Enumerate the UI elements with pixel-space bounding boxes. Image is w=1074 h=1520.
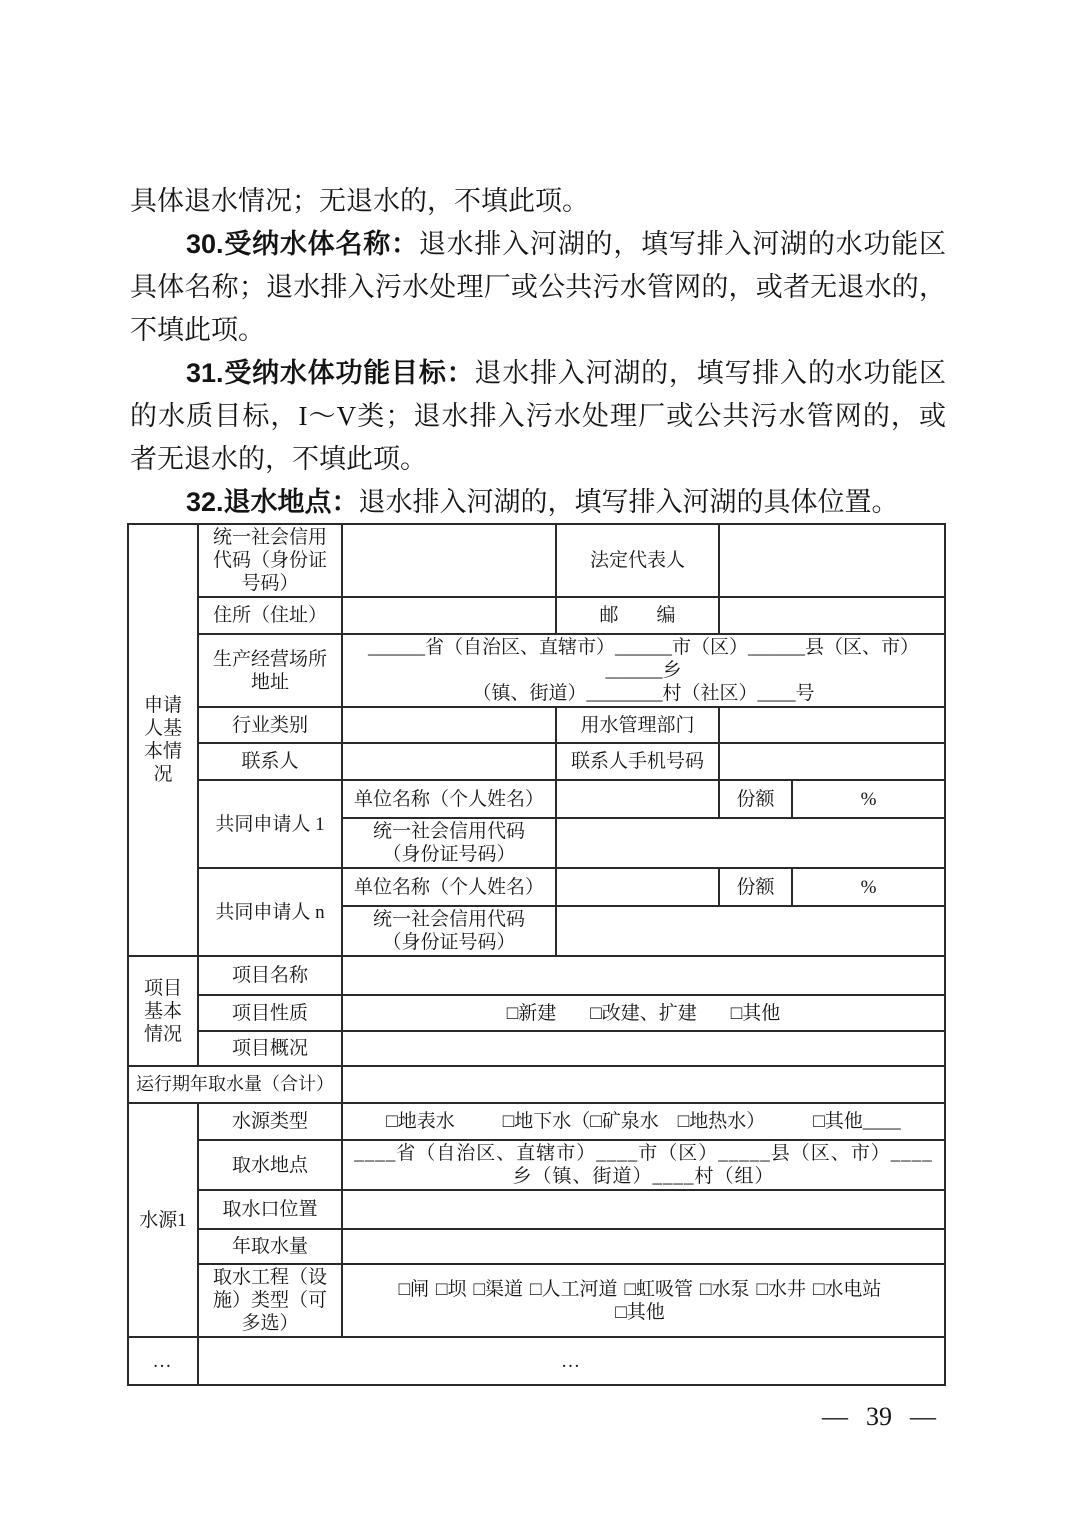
- co-applicant-n-share-percent: %: [792, 868, 945, 906]
- contact-person-value-cell: [342, 743, 556, 780]
- residence-label: 住所（住址）: [198, 597, 342, 634]
- intro-line-4: 不填此项。: [130, 309, 946, 352]
- instructions-text: 具体退水情况；无退水的，不填此项。 30.受纳水体名称：退水排入河湖的，填写排入…: [130, 180, 946, 524]
- section-label-applicant: 申请 人基 本情 况: [128, 524, 198, 956]
- contact-phone-label: 联系人手机号码: [556, 743, 719, 780]
- ellipsis-section-label: …: [128, 1337, 198, 1385]
- residence-value-cell: [342, 597, 556, 634]
- source-type-options: □地表水□地下水（□矿泉水 □地热水）□其他____: [342, 1103, 945, 1140]
- annual-intake-total-value-cell: [342, 1066, 945, 1103]
- intro-line-1-text: 具体退水情况；无退水的，不填此项。: [130, 186, 589, 216]
- application-form-table: 申请 人基 本情 况 统一社会信用 代码（身份证 号码） 法定代表人 住所（住址…: [127, 523, 946, 1386]
- industry-value-cell: [342, 707, 556, 743]
- checkbox-rebuild-expand: □改建、扩建: [590, 1003, 696, 1024]
- section-label-water-source-1: 水源1: [128, 1103, 198, 1337]
- credit-code-value-cell: [342, 524, 556, 597]
- checkbox-new-construction: □新建: [507, 1003, 556, 1024]
- co-applicant-1-code-value-cell: [556, 818, 945, 868]
- intro-line-5-text: 退水排入河湖的，填写排入的水功能区: [474, 358, 946, 388]
- intro-line-3-text: 具体名称；退水排入污水处理厂或公共污水管网的，或者无退水的，: [130, 272, 946, 302]
- checkbox-gate: □闸: [399, 1279, 429, 1300]
- project-nature-options: □新建□改建、扩建□其他: [342, 995, 945, 1031]
- co-applicant-1-share-label: 份额: [719, 780, 792, 818]
- ellipsis-row-value: …: [198, 1337, 945, 1385]
- intro-line-6: 的水质目标，I～V类；退水排入污水处理厂或公共污水管网的，或: [130, 395, 946, 438]
- intro-line-7-text: 者无退水的，不填此项。: [130, 444, 427, 474]
- co-applicant-1-name-label: 单位名称（个人姓名）: [342, 780, 556, 818]
- intro-line-8-text: 退水排入河湖的，填写排入河湖的具体位置。: [359, 487, 899, 517]
- co-applicant-n-label: 共同申请人 n: [198, 868, 342, 956]
- project-name-value-cell: [342, 956, 945, 995]
- intake-works-options-line-1: □闸□坝□渠道□人工河道□虹吸管□水泵□水井□水电站: [349, 1278, 938, 1301]
- intro-line-5: 31.受纳水体功能目标：退水排入河湖的，填写排入的水功能区: [130, 352, 946, 395]
- page-number-dash-left: —: [822, 1402, 848, 1431]
- water-admin-dept-label: 用水管理部门: [556, 707, 719, 743]
- checkbox-channel: □渠道: [474, 1279, 523, 1300]
- co-applicant-n-code-label: 统一社会信用代码 （身份证号码）: [342, 906, 556, 956]
- co-applicant-1-share-percent: %: [792, 780, 945, 818]
- intake-works-options: □闸□坝□渠道□人工河道□虹吸管□水泵□水井□水电站 □其他: [342, 1264, 945, 1337]
- intake-location-label: 取水地点: [198, 1140, 342, 1190]
- co-applicant-n-name-label: 单位名称（个人姓名）: [342, 868, 556, 906]
- intake-works-type-label: 取水工程（设 施）类型（可 多选）: [198, 1264, 342, 1337]
- intake-works-options-line-2: □其他: [349, 1301, 938, 1324]
- annual-volume-label: 年取水量: [198, 1229, 342, 1264]
- item-32-heading: 32.退水地点：: [186, 487, 359, 517]
- co-applicant-n-name-value-cell: [556, 868, 719, 906]
- intake-location-value-cell: ____省（自治区、直辖市）____市（区）_____县（区、市）____乡（镇…: [342, 1140, 945, 1190]
- co-applicant-n-code-value-cell: [556, 906, 945, 956]
- water-admin-dept-value-cell: [719, 707, 945, 743]
- checkbox-siphon: □虹吸管: [625, 1279, 693, 1300]
- checkbox-works-other: □其他: [615, 1302, 664, 1323]
- credit-code-label: 统一社会信用 代码（身份证 号码）: [198, 524, 342, 597]
- page-number-value: 39: [866, 1402, 892, 1431]
- business-site-value-cell: ______省（自治区、直辖市）______市（区）______县（区、市）__…: [342, 634, 945, 707]
- intro-line-6-text: 的水质目标，I～V类；退水排入污水处理厂或公共污水管网的，或: [130, 401, 946, 431]
- annual-volume-value-cell: [342, 1229, 945, 1264]
- project-name-label: 项目名称: [198, 956, 342, 995]
- industry-label: 行业类别: [198, 707, 342, 743]
- checkbox-hydropower-station: □水电站: [813, 1279, 881, 1300]
- business-site-label: 生产经营场所 地址: [198, 634, 342, 707]
- legal-representative-label: 法定代表人: [556, 524, 719, 597]
- co-applicant-1-label: 共同申请人 1: [198, 780, 342, 868]
- annual-intake-total-label: 运行期年取水量（合计）: [128, 1066, 342, 1103]
- intake-position-label: 取水口位置: [198, 1190, 342, 1229]
- checkbox-dam: □坝: [436, 1279, 466, 1300]
- checkbox-nature-other: □其他: [731, 1003, 780, 1024]
- project-nature-label: 项目性质: [198, 995, 342, 1031]
- co-applicant-1-name-value-cell: [556, 780, 719, 818]
- intro-line-4-text: 不填此项。: [130, 315, 265, 345]
- intro-line-1: 具体退水情况；无退水的，不填此项。: [130, 180, 946, 223]
- checkbox-pump: □水泵: [700, 1279, 749, 1300]
- intro-line-8: 32.退水地点：退水排入河湖的，填写排入河湖的具体位置。: [130, 481, 946, 524]
- checkbox-well: □水井: [756, 1279, 805, 1300]
- page-number: —39—: [822, 1402, 936, 1432]
- intro-line-2-text: 退水排入河湖的，填写排入河湖的水功能区: [419, 229, 946, 259]
- intake-position-value-cell: [342, 1190, 945, 1229]
- checkbox-source-other: □其他____: [813, 1111, 900, 1132]
- source-type-label: 水源类型: [198, 1103, 342, 1140]
- page-number-dash-right: —: [910, 1402, 936, 1431]
- co-applicant-n-share-label: 份额: [719, 868, 792, 906]
- postal-code-label: 邮 编: [556, 597, 719, 634]
- checkbox-groundwater: □地下水（□矿泉水 □地热水）: [503, 1111, 765, 1132]
- item-30-heading: 30.受纳水体名称：: [186, 229, 419, 259]
- intro-line-2: 30.受纳水体名称：退水排入河湖的，填写排入河湖的水功能区: [130, 223, 946, 266]
- postal-code-value-cell: [719, 597, 945, 634]
- co-applicant-1-code-label: 统一社会信用代码 （身份证号码）: [342, 818, 556, 868]
- intro-line-7: 者无退水的，不填此项。: [130, 438, 946, 481]
- item-31-heading: 31.受纳水体功能目标：: [186, 358, 474, 388]
- contact-phone-value-cell: [719, 743, 945, 780]
- legal-representative-value-cell: [719, 524, 945, 597]
- document-page: 具体退水情况；无退水的，不填此项。 30.受纳水体名称：退水排入河湖的，填写排入…: [0, 0, 1074, 1520]
- checkbox-surface-water: □地表水: [386, 1111, 454, 1132]
- intro-line-3: 具体名称；退水排入污水处理厂或公共污水管网的，或者无退水的，: [130, 266, 946, 309]
- checkbox-artificial-river: □人工河道: [530, 1279, 617, 1300]
- project-overview-value-cell: [342, 1031, 945, 1066]
- section-label-project: 项目 基本 情况: [128, 956, 198, 1066]
- contact-person-label: 联系人: [198, 743, 342, 780]
- project-overview-label: 项目概况: [198, 1031, 342, 1066]
